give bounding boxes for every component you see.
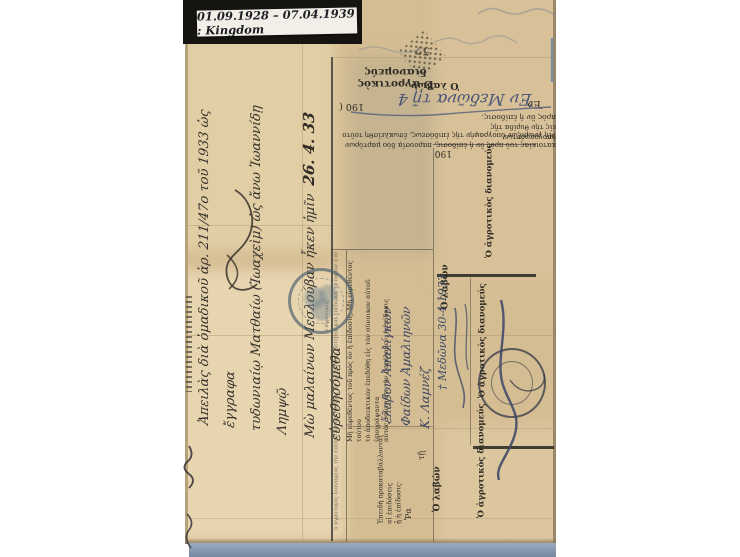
paper-left-edge [185, 0, 188, 544]
paper-right-edge [553, 0, 556, 544]
dark-postmark [478, 348, 546, 418]
form-text-distributor-side: Ὁ ἀγροτικὸς διανομεύς [484, 162, 497, 258]
form-rule-vertical [470, 278, 471, 445]
form-dense-block: Μὴ εὑρεθέντος τοῦ πρὸς ὃν ἡ ἐπίδοσις, Μὴ… [346, 252, 376, 442]
blue-postmark [288, 268, 354, 334]
form-dense-block: Ἐπειδὴ προκαταβάλλονται αἱ ἐπιδόσεις ᾗ ἡ… [376, 428, 397, 524]
label-mount: 01.09.1928 – 07.04.1939 : Kingdom [183, 0, 362, 44]
form-text-dense: Ἐπειδὴ προκαταβάλλονται αἱ ἐπιδόσεις [376, 428, 394, 524]
form-text-en: Ἐν [520, 98, 542, 109]
handwritten-line: Μὼ μαλαίνων Μεσλούβαν ἧκεν ἡμῖν 26. 4. 3… [296, 94, 324, 439]
handwritten-date: 26. 4. 33 [300, 111, 318, 186]
handwritten-line: τυδωνιαίῳ Ματθαίῳ (Ἰωαχεὶμ) ὡς ἄνω Ἰωανν… [244, 88, 296, 436]
form-text-ti: τῇ [417, 444, 429, 460]
handwritten-line: Φαίδων Ἀμαλιηνῶν [397, 257, 416, 428]
handwritten-line: Ἀπειλὰς διὰ ὁμαδικοῦ ἀρ. 211/47ο τοῦ 193… [192, 81, 244, 429]
handwritten-side-date: † Μεδῶνα 30-4-1933 [436, 278, 452, 390]
document-photo: Ὁ ἀγροτικὸς διανομεύς Ὁ λαβών Ἐν Μεδῶνα … [183, 0, 556, 557]
form-text-ra: Ῥα [404, 502, 416, 520]
collection-label: 01.09.1928 – 07.04.1939 : Kingdom [197, 7, 358, 36]
handwritten-line: Κ. Λαμνέζ [416, 259, 435, 430]
form-text-receiver-side: Ὁ λαβών [432, 458, 445, 512]
handwritten-names-block: ἔλαβον Ἀπαλίγκων Φαίδων Ἀμαλιηνῶν Κ. Λαμ… [378, 258, 436, 426]
handwritten-line: ἔλαβον Ἀπαλίγκων [378, 254, 397, 425]
form-text-dense: κατοικίας τοῦ πρὸς ὃν ἡ ἐπίδοσις, παρουσ… [338, 133, 556, 149]
form-text-distributor-side: Ὁ ἀγροτικὸς διανομεύς [476, 416, 489, 518]
table-surface [189, 543, 556, 557]
form-text-dense: ᾗ ἡ ἐπίδοσις· [394, 428, 403, 524]
form-text-addressee: πρὸς ὃν ἡ ἐπίδοσις. [463, 113, 556, 122]
fold-crease [185, 518, 556, 519]
paper-shade [440, 425, 556, 544]
left-sheet-handwriting: Ἀπειλὰς διὰ ὁμαδικοῦ ἀρ. 211/47ο τοῦ 193… [192, 88, 304, 430]
handwritten-place-date: Ἐν Μεδῶνα τῇ 4 [352, 90, 534, 109]
form-text-year-blank: 190 [430, 148, 452, 158]
